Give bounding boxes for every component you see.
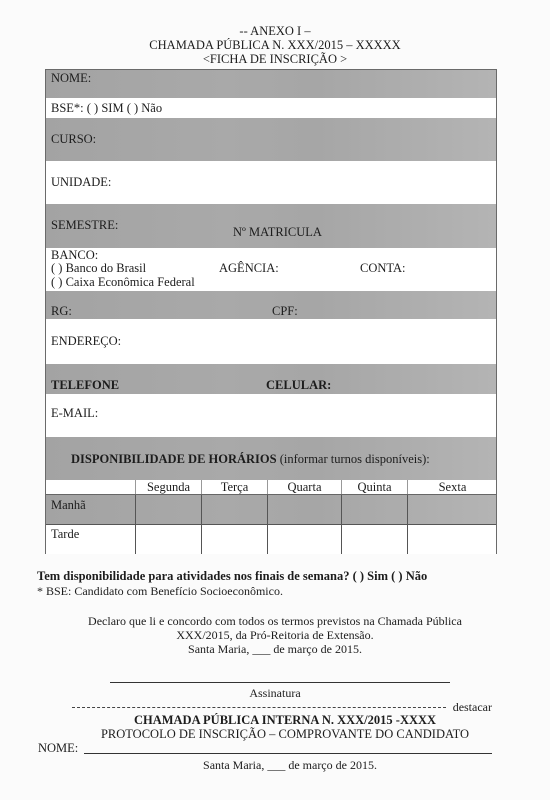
day-header: Sexta [407, 480, 497, 494]
semestre-matricula-row[interactable]: SEMESTRE: Nº MATRICULA [46, 204, 496, 248]
schedule-cell[interactable] [201, 495, 267, 524]
call-heading: CHAMADA PÚBLICA N. XXX/2015 – XXXXX [0, 38, 550, 52]
protocol-subtitle: PROTOCOLO DE INSCRIÇÃO – COMPROVANTE DO … [0, 727, 550, 742]
bse-label: BSE*: ( ) SIM ( ) Não [51, 101, 162, 116]
rg-cpf-row[interactable]: RG: CPF: [46, 291, 496, 319]
agencia-label: AGÊNCIA: [219, 262, 279, 276]
telefone-celular-row[interactable]: TELEFONE CELULAR: [46, 364, 496, 394]
schedule-corner [46, 480, 135, 494]
celular-label: CELULAR: [266, 378, 331, 393]
schedule-cell[interactable] [341, 495, 407, 524]
email-label: E-MAIL: [51, 406, 98, 421]
protocol-date: Santa Maria, ___ de março de 2015. [0, 758, 550, 773]
banco-row[interactable]: BANCO: ( ) Banco do Brasil ( ) Caixa Eco… [46, 248, 496, 291]
bse-field[interactable]: BSE*: ( ) SIM ( ) Não [46, 98, 496, 118]
shift-label: Tarde [46, 525, 135, 554]
declaration-date: Santa Maria, ___ de março de 2015. [0, 642, 550, 656]
nome-field[interactable]: NOME: [46, 70, 496, 98]
rg-label: RG: [51, 304, 72, 319]
nome-label: NOME: [51, 71, 91, 86]
schedule-cell[interactable] [267, 525, 341, 554]
weekend-question[interactable]: Tem disponibilidade para atividades nos … [37, 569, 427, 584]
day-header: Quarta [267, 480, 341, 494]
schedule-days-header: Segunda Terça Quarta Quinta Sexta [46, 480, 496, 495]
semestre-label: SEMESTRE: [51, 218, 118, 233]
cpf-label: CPF: [272, 304, 298, 319]
unidade-label: UNIDADE: [51, 175, 111, 190]
disponibilidade-header: DISPONIBILIDADE DE HORÁRIOS (informar tu… [46, 437, 496, 480]
disponibilidade-title: DISPONIBILIDADE DE HORÁRIOS [71, 452, 277, 466]
protocol-nome-label: NOME: [38, 741, 78, 756]
matricula-label: Nº MATRICULA [233, 225, 322, 240]
unidade-field[interactable]: UNIDADE: [46, 161, 496, 204]
banco-option-caixa[interactable]: ( ) Caixa Econômica Federal [51, 276, 195, 290]
schedule-cell[interactable] [201, 525, 267, 554]
day-header: Quinta [341, 480, 407, 494]
schedule-cell[interactable] [407, 495, 497, 524]
schedule-cell[interactable] [341, 525, 407, 554]
declaration-line1: Declaro que li e concordo com todos os t… [0, 614, 550, 628]
curso-field[interactable]: CURSO: [46, 118, 496, 161]
declaration-line2: XXX/2015, da Pró-Reitoria de Extensão. [0, 628, 550, 642]
disponibilidade-hint: (informar turnos disponíveis): [280, 452, 430, 466]
dashed-cut-line [72, 707, 446, 708]
endereco-label: ENDEREÇO: [51, 334, 121, 349]
schedule-cell[interactable] [407, 525, 497, 554]
registration-form: NOME: BSE*: ( ) SIM ( ) Não CURSO: UNIDA… [45, 69, 497, 554]
schedule-cell[interactable] [267, 495, 341, 524]
protocol-title: CHAMADA PÚBLICA INTERNA N. XXX/2015 -XXX… [0, 713, 550, 728]
schedule-row-manha: Manhã [46, 495, 496, 525]
banco-option-bb[interactable]: ( ) Banco do Brasil [51, 262, 146, 276]
email-field[interactable]: E-MAIL: [46, 394, 496, 437]
day-header: Terça [201, 480, 267, 494]
shift-label: Manhã [46, 495, 135, 524]
curso-label: CURSO: [51, 132, 96, 147]
day-header: Segunda [135, 480, 201, 494]
schedule-row-tarde: Tarde [46, 525, 496, 554]
schedule-cell[interactable] [135, 495, 201, 524]
telefone-label: TELEFONE [51, 378, 119, 393]
bse-footnote: * BSE: Candidato com Benefício Socioecon… [37, 584, 283, 599]
annex-heading: -- ANEXO I – [0, 24, 550, 38]
protocol-nome-line[interactable] [84, 753, 492, 754]
signature-line[interactable] [110, 682, 450, 683]
form-title: <FICHA DE INSCRIÇÃO > [0, 52, 550, 66]
detach-label: destacar [453, 700, 492, 714]
disponibilidade-label: DISPONIBILIDADE DE HORÁRIOS (informar tu… [71, 452, 430, 467]
schedule-cell[interactable] [135, 525, 201, 554]
signature-label: Assinatura [0, 686, 550, 701]
endereco-field[interactable]: ENDEREÇO: [46, 319, 496, 364]
conta-label: CONTA: [360, 262, 406, 276]
